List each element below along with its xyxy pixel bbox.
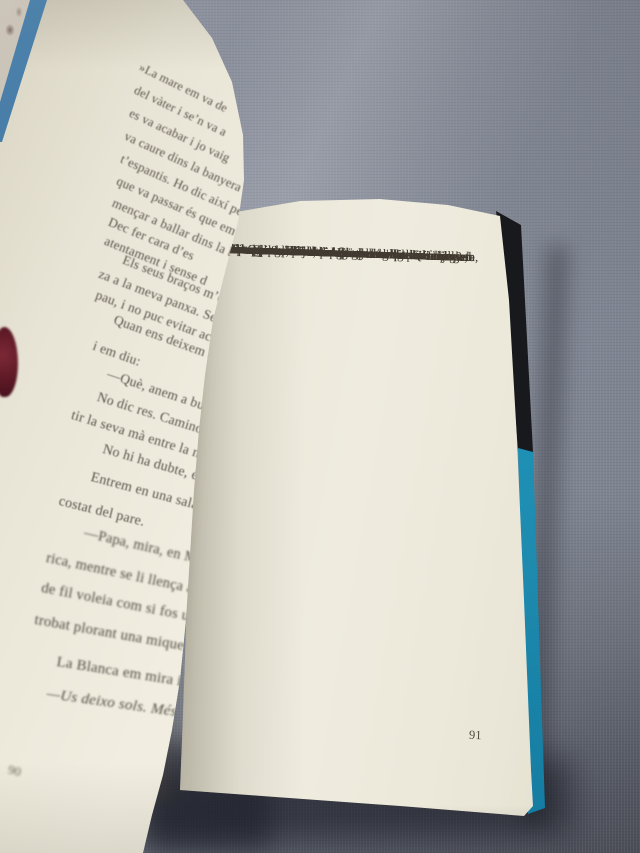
left-page-line: va caure dins la banyera — [122, 129, 244, 195]
left-page-number: 90 — [6, 762, 22, 781]
left-page-line: za a la meva panxa. Se — [96, 266, 219, 326]
left-page-line: costat del pare. — [57, 493, 147, 531]
left-page-line: mençar a ballar dins la ba — [110, 195, 244, 264]
right-page-number: 91 — [469, 728, 482, 743]
left-page-line: atentament i sense d — [102, 233, 210, 289]
left-page-line: tir la seva mà entre la mev — [69, 407, 218, 466]
left-page-line: de fil voleia com si fos un n — [40, 580, 210, 629]
left-page-line: »La mare em va de — [136, 60, 230, 116]
left-page-line: trobat plorant una mique — [33, 612, 185, 655]
left-page-line: i em diu: — [91, 338, 143, 370]
left-page-line: pau, i no puc evitar aca — [93, 287, 219, 347]
left-page-line: que va passar és que em — [114, 174, 238, 239]
left-page-line: Dec fer cara d’es — [106, 214, 197, 264]
left-page-line: —Us deixo sols. Més ta — [45, 685, 193, 723]
left-page-line: t’espantis. Ho dic així per — [118, 152, 249, 222]
left-page-line: rica, mentre se li llença al d — [44, 550, 210, 601]
left-page-line: es va acabar i jo vaig — [127, 106, 233, 166]
book-photo: La Blanca surt corrents embolicada dins … — [0, 0, 640, 853]
left-page-line: del vàter i se’n va a — [132, 83, 230, 140]
